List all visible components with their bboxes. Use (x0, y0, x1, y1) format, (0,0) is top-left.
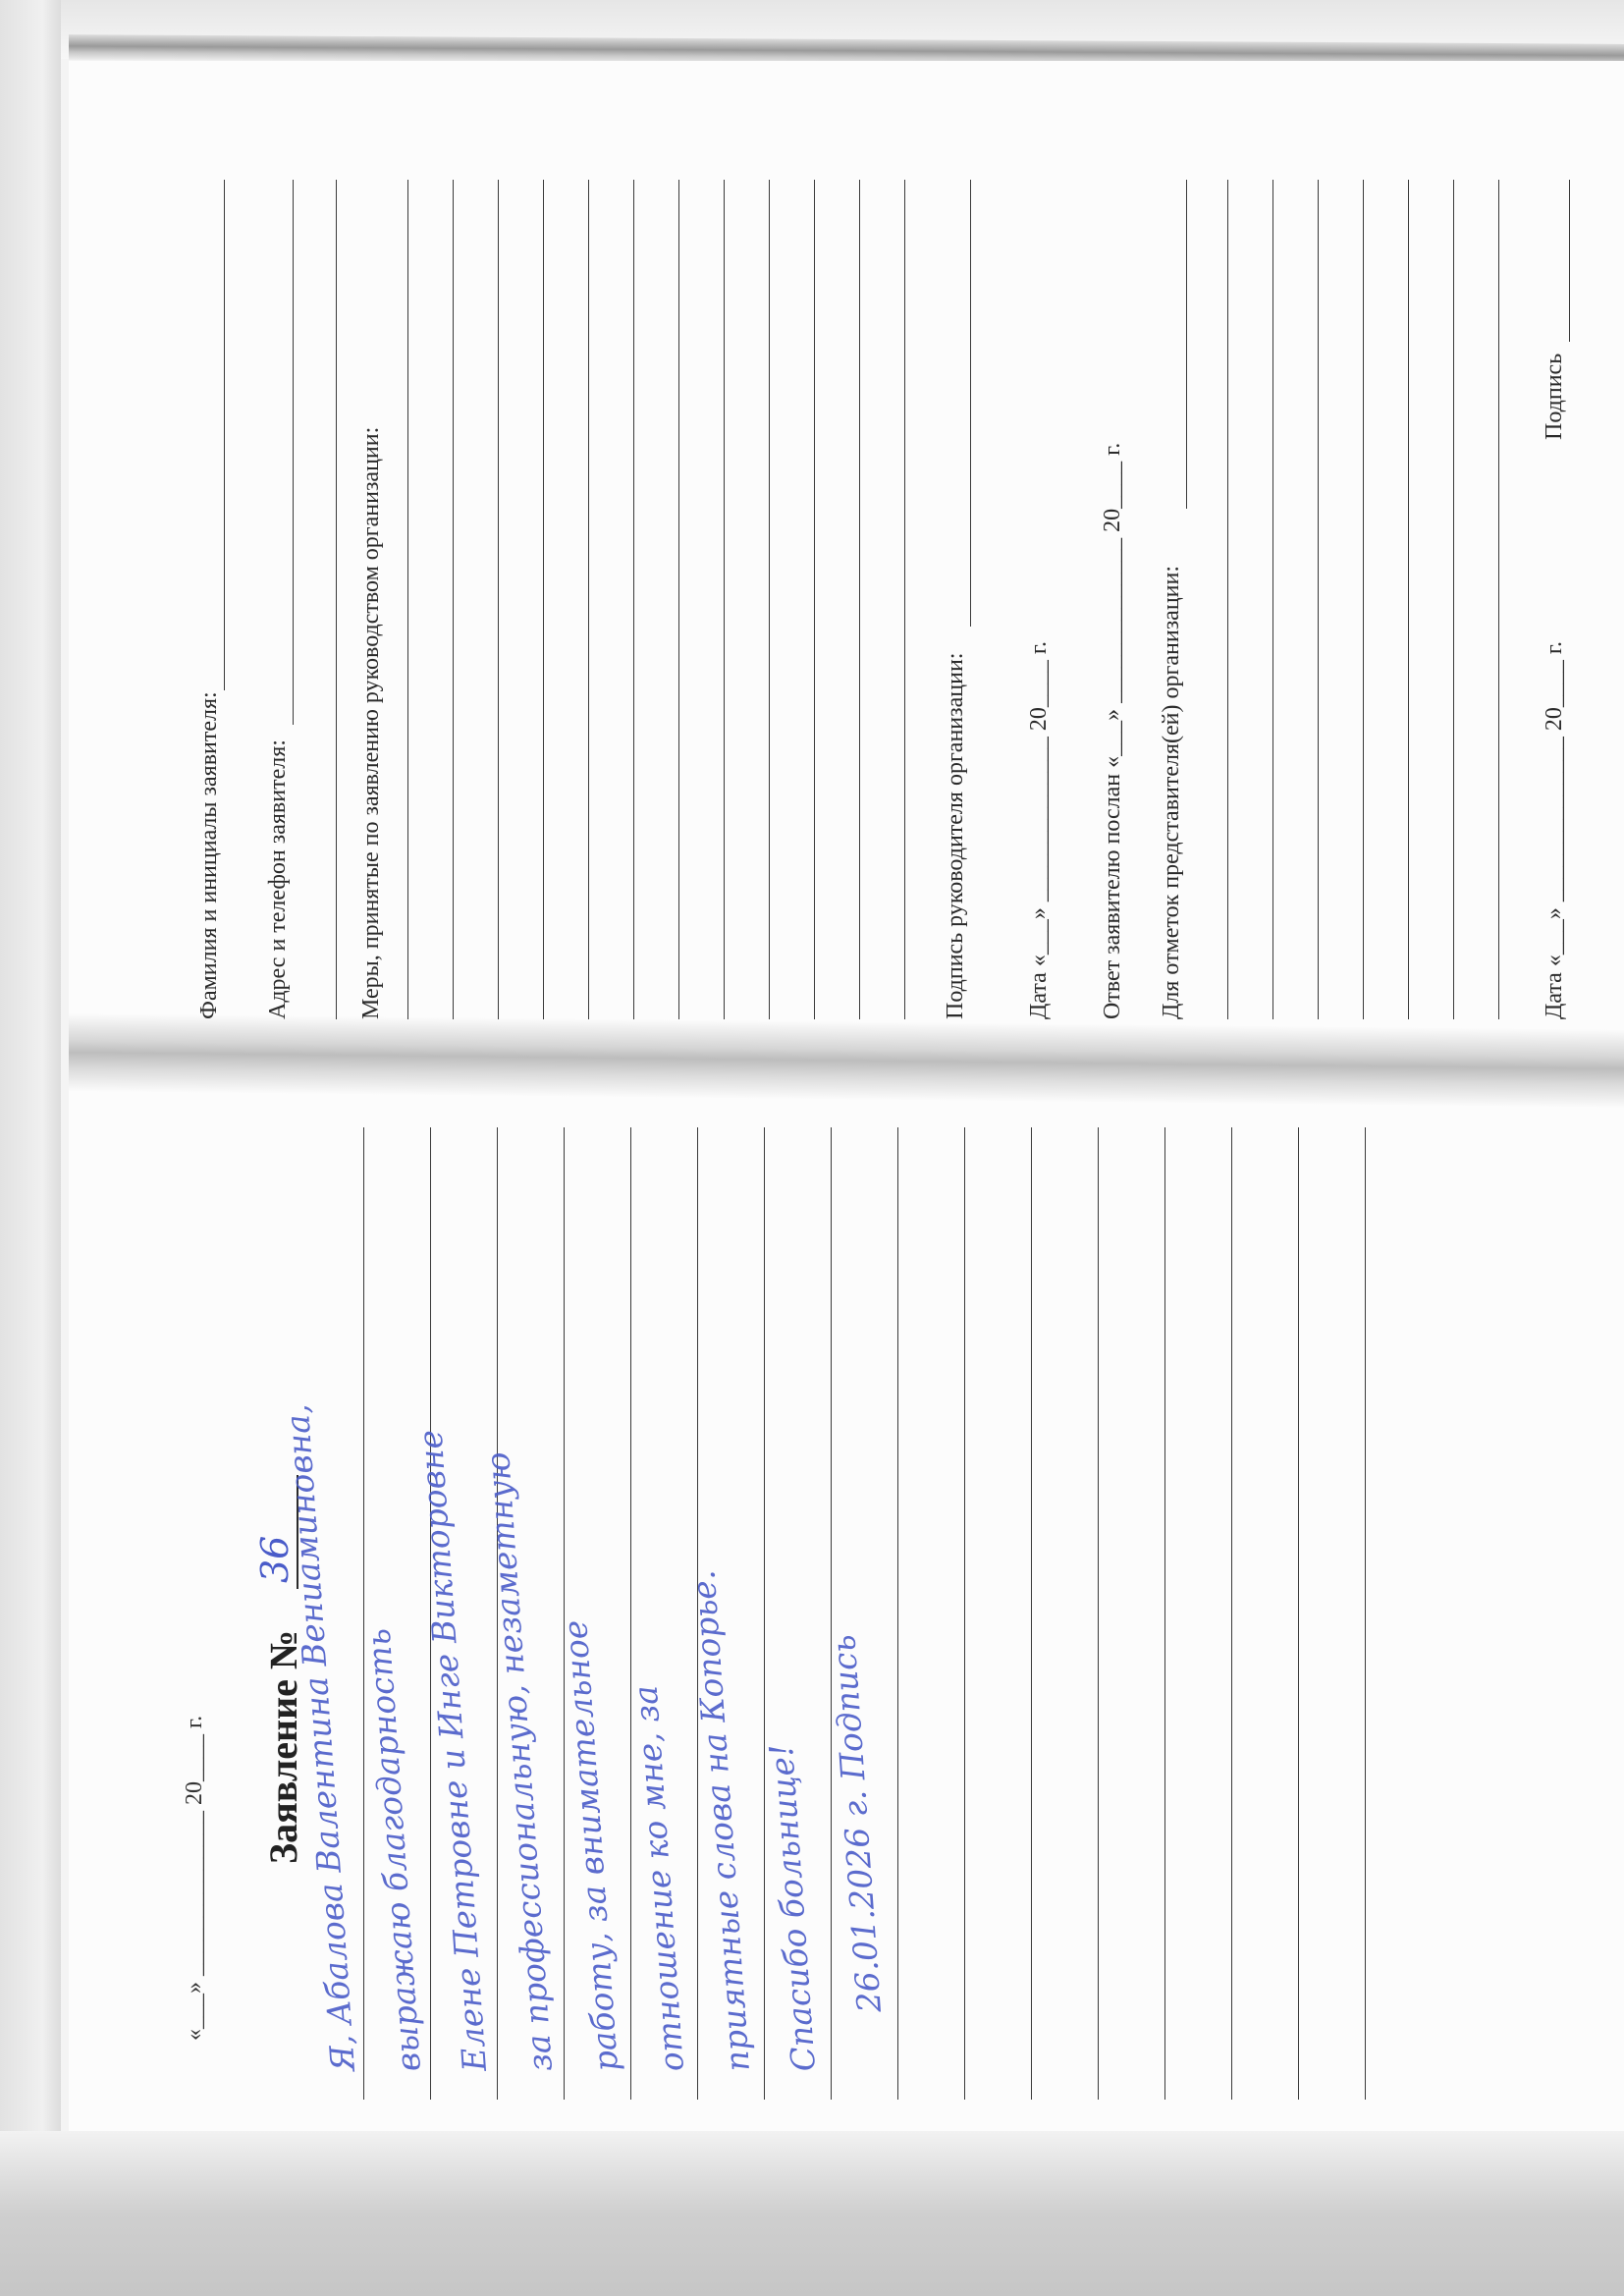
handwritten-date-signature: 26.01.2026 г. Подпись (824, 1633, 889, 2013)
ruled-line (859, 180, 860, 1019)
ruled-line (897, 1127, 898, 2100)
handwritten-line: Елене Петровне и Инге Викторовне (410, 1429, 494, 2073)
ruled-line (769, 180, 770, 1019)
applicant-address-field[interactable] (293, 180, 294, 725)
ruled-line (1298, 1127, 1299, 2100)
handwritten-line: отношение ко мне, за (626, 1684, 691, 2073)
ruled-line (1318, 180, 1319, 1019)
ruled-line (1365, 1127, 1366, 2100)
ruled-line (630, 1127, 631, 2100)
representative-notes-label: Для отметок представителя(ей) организаци… (1159, 566, 1185, 1019)
ruled-line (904, 180, 905, 1019)
ruled-line (1098, 1127, 1099, 2100)
ruled-line (678, 180, 679, 1019)
ruled-line (633, 180, 634, 1019)
handwritten-line: за профессиональную, незаметную (478, 1450, 560, 2072)
ruled-line (1164, 1127, 1165, 2100)
ruled-line (964, 1127, 965, 2100)
ruled-line (453, 180, 454, 1019)
notebook-spread: «___» ______________ 20____ г. Заявление… (0, 0, 1624, 2296)
ruled-line (1453, 180, 1454, 1019)
date-line-2: Дата «___» ______________ 20____ г. (1542, 641, 1568, 1019)
head-signature-label: Подпись руководителя организации: (943, 653, 969, 1019)
left-page: «___» ______________ 20____ г. Заявление… (0, 1118, 1624, 2100)
applicant-address-label: Адрес и телефон заявителя: (265, 739, 292, 1019)
ruled-line (1408, 180, 1409, 1019)
date-line-1: Дата «___» ______________ 20____ г. (1026, 641, 1053, 1019)
signature-field[interactable] (1569, 180, 1570, 342)
ruled-line (724, 180, 725, 1019)
ruled-line (543, 180, 544, 1019)
applicant-name-label: Фамилия и инициалы заявителя: (196, 691, 223, 1019)
measures-label: Меры, принятые по заявлению руководством… (358, 427, 385, 1019)
reply-sent-line: Ответ заявителю послан «___» ___________… (1100, 443, 1126, 1019)
ruled-line (1363, 180, 1364, 1019)
header-date-line: «___» ______________ 20____ г. (182, 1716, 208, 2041)
handwritten-line: выражаю благодарность (359, 1627, 428, 2073)
handwritten-line: Спасибо больнице! (762, 1743, 823, 2073)
ruled-line (831, 1127, 832, 2100)
ruled-line (1031, 1127, 1032, 2100)
applicant-name-field[interactable] (224, 180, 225, 690)
handwritten-line: приятные слова на Копорье. (683, 1569, 757, 2073)
ruled-line (564, 1127, 565, 2100)
ruled-line (498, 180, 499, 1019)
representative-notes-field[interactable] (1186, 180, 1187, 509)
signature-label: Подпись (1542, 354, 1568, 440)
ruled-line (1272, 180, 1273, 1019)
ruled-line (814, 180, 815, 1019)
ruled-line (588, 180, 589, 1019)
applicant-address-field-2[interactable] (336, 180, 337, 1019)
ruled-line (363, 1127, 364, 2100)
ruled-line (764, 1127, 765, 2100)
ruled-line (1498, 180, 1499, 1019)
handwritten-line: работу, за внимательное (556, 1619, 625, 2073)
ruled-line (1231, 1127, 1232, 2100)
head-signature-field[interactable] (970, 180, 971, 627)
right-page: Фамилия и инициалы заявителя: Адрес и те… (0, 86, 1624, 1019)
ruled-line (1227, 180, 1228, 1019)
ruled-line (407, 180, 408, 1019)
